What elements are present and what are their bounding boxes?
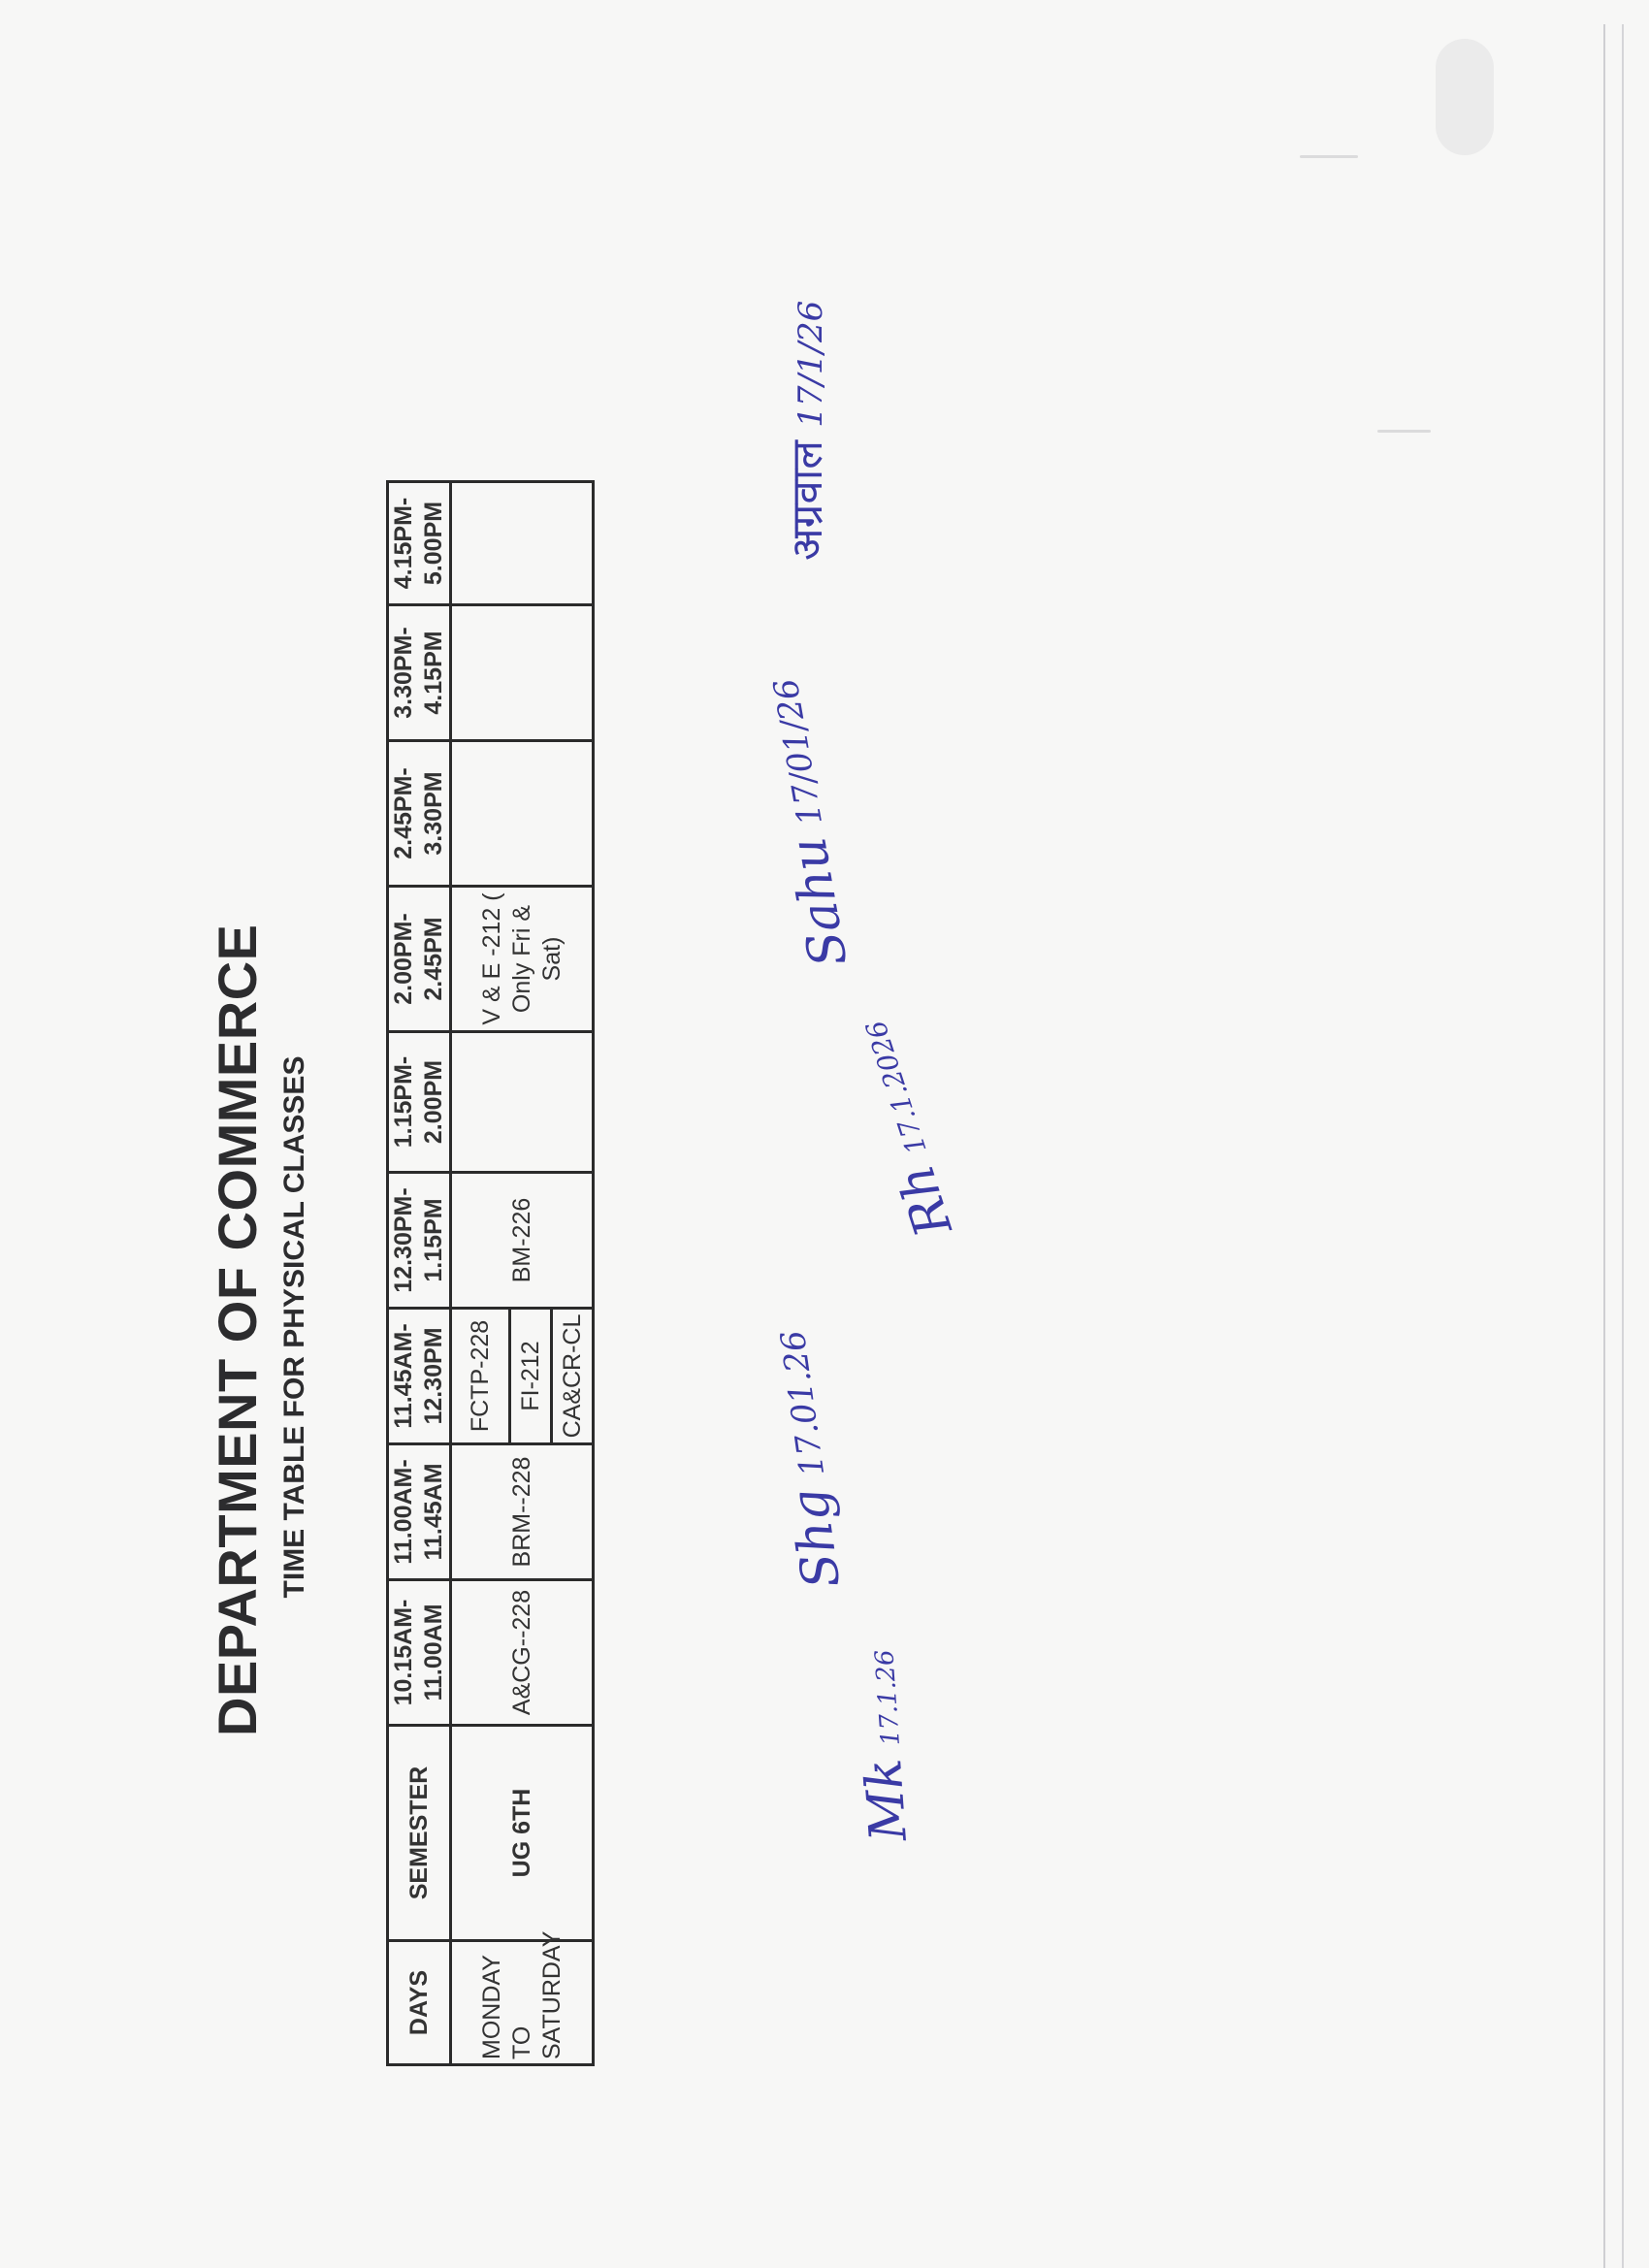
header-semester: SEMESTER: [388, 1726, 451, 1941]
header-slot: 11.45AM-12.30PM: [388, 1309, 451, 1444]
cell-course: BM-226: [451, 1173, 594, 1309]
signature: Rh 17.1.2026: [840, 1015, 964, 1244]
cell-days: MONDAY TO SATURDAY: [451, 1941, 594, 2065]
cell-semester: UG 6TH: [451, 1726, 594, 1941]
signature-date: 17.1.2026: [859, 1017, 932, 1158]
signature-date: 17/01/26: [766, 675, 830, 827]
header-slot: 11.00AM-11.45AM: [388, 1444, 451, 1580]
cell-empty: [451, 741, 594, 887]
signature: Shg 17.01.26: [759, 1327, 853, 1592]
cell-empty: [451, 1032, 594, 1173]
header-slot: 1.15PM-2.00PM: [388, 1032, 451, 1173]
signature-mark: Mk: [855, 1757, 919, 1843]
signature-date: 17/1/26: [792, 301, 830, 428]
cell-empty: [451, 605, 594, 741]
cell-course: FCTP-228: [451, 1309, 510, 1444]
header-slot: 12.30PM-1.15PM: [388, 1173, 451, 1309]
header-slot: 10.15AM-11.00AM: [388, 1580, 451, 1726]
signature: Mk 17.1.26: [847, 1648, 919, 1843]
signature-mark: Rh: [887, 1158, 964, 1244]
signature-date: 17.01.26: [774, 1328, 833, 1478]
page-title: DEPARTMENT OF COMMERCE: [206, 946, 270, 1736]
cell-course: CA&CR-CL: [552, 1309, 594, 1444]
signature-date: 17.1.26: [870, 1648, 906, 1746]
header-slot: 2.00PM-2.45PM: [388, 887, 451, 1032]
signature-mark: Shg: [781, 1485, 853, 1592]
header-days: DAYS: [388, 1941, 451, 2065]
signature-mark: अग्रवाल: [776, 440, 834, 561]
cell-course: A&CG--228: [451, 1580, 594, 1726]
cell-empty: [451, 482, 594, 605]
header-slot: 4.15PM-5.00PM: [388, 482, 451, 605]
cell-course: BRM--228: [451, 1444, 594, 1580]
header-slot: 3.30PM-4.15PM: [388, 605, 451, 741]
page-subtitle: TIME TABLE FOR PHYSICAL CLASSES: [275, 988, 314, 1667]
signature: Sahu 17/01/26: [751, 675, 858, 971]
table-row: MONDAY TO SATURDAY UG 6TH A&CG--228 BRM-…: [451, 482, 510, 2065]
signature: अग्रवाल 17/1/26: [776, 301, 834, 561]
header-slot: 2.45PM-3.30PM: [388, 741, 451, 887]
rotated-page: DEPARTMENT OF COMMERCE TIME TABLE FOR PH…: [0, 0, 1649, 2268]
cell-course: V & E -212 ( Only Fri & Sat): [451, 887, 594, 1032]
timetable: DAYS SEMESTER 10.15AM-11.00AM 11.00AM-11…: [386, 480, 595, 2066]
signature-mark: Sahu: [779, 833, 858, 971]
header-row: DAYS SEMESTER 10.15AM-11.00AM 11.00AM-11…: [388, 482, 451, 2065]
cell-course: FI-212: [510, 1309, 552, 1444]
